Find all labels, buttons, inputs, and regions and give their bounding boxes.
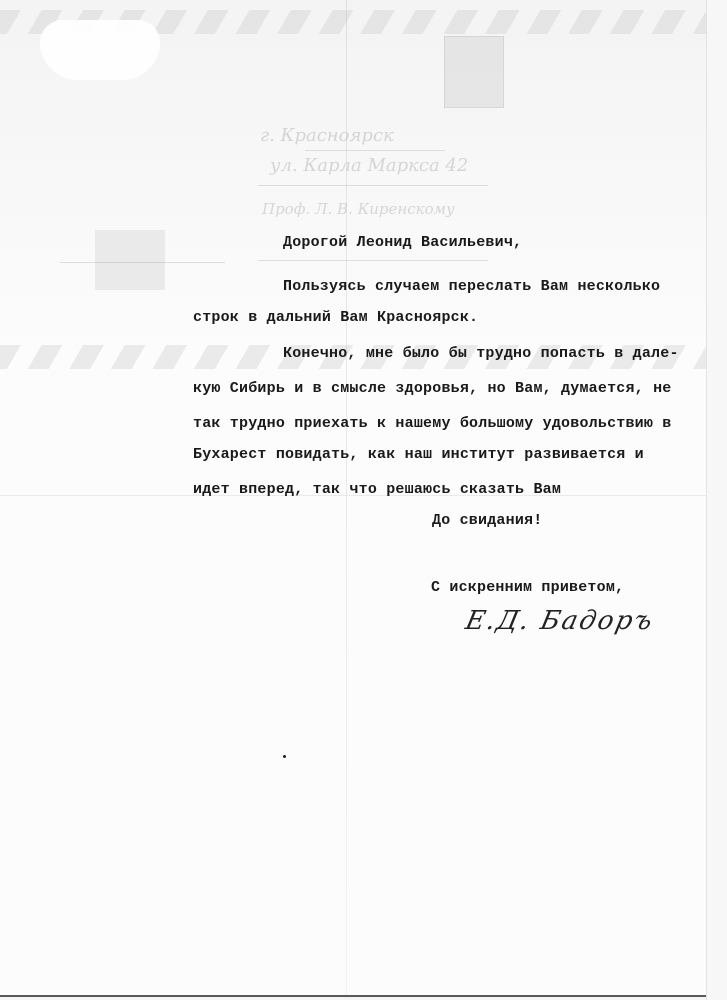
- ghost-underline: [305, 150, 445, 151]
- paragraph-2-line-4: Бухарест повидать, как наш институт разв…: [193, 446, 644, 464]
- ghost-underline: [60, 262, 225, 263]
- monument-illustration-ghost: [95, 230, 165, 290]
- paragraph-2-line-3: так трудно приехать к нашему большому уд…: [193, 415, 671, 433]
- greeting: Дорогой Леонид Васильевич,: [283, 234, 522, 252]
- handwritten-signature: Е.Д. Бадоръ: [463, 606, 657, 636]
- ghost-address-line-2: ул. Карла Маркса 42: [270, 155, 468, 176]
- farewell: До свидания!: [432, 512, 542, 530]
- ghost-address-line-1: г. Красноярск: [260, 125, 394, 146]
- letter-page: г. Красноярск ул. Карла Маркса 42 Проф. …: [0, 0, 706, 995]
- paragraph-2-line-5: идет вперед, так что решаюсь сказать Вам: [193, 481, 561, 499]
- ghost-address-line-3: Проф. Л. В. Киренскому: [262, 200, 455, 218]
- ghost-underline: [258, 260, 488, 261]
- postage-stamp-ghost: [444, 36, 504, 108]
- ghost-underline: [258, 185, 488, 186]
- scanner-margin: [706, 0, 727, 1000]
- paper-bottom-edge: [0, 995, 706, 997]
- paragraph-2-line-2: кую Сибирь и в смысле здоровья, но Вам, …: [193, 380, 671, 398]
- paragraph-2-line-1: Конечно, мне было бы трудно попасть в да…: [283, 345, 679, 363]
- dust-speck: [283, 755, 286, 758]
- paragraph-1-line-2: строк в дальний Вам Красноярск.: [193, 309, 478, 327]
- paragraph-1-line-1: Пользуясь случаем переслать Вам нескольк…: [283, 278, 660, 296]
- closing: С искренним приветом,: [431, 579, 624, 597]
- airmail-stripe-band: [0, 10, 706, 34]
